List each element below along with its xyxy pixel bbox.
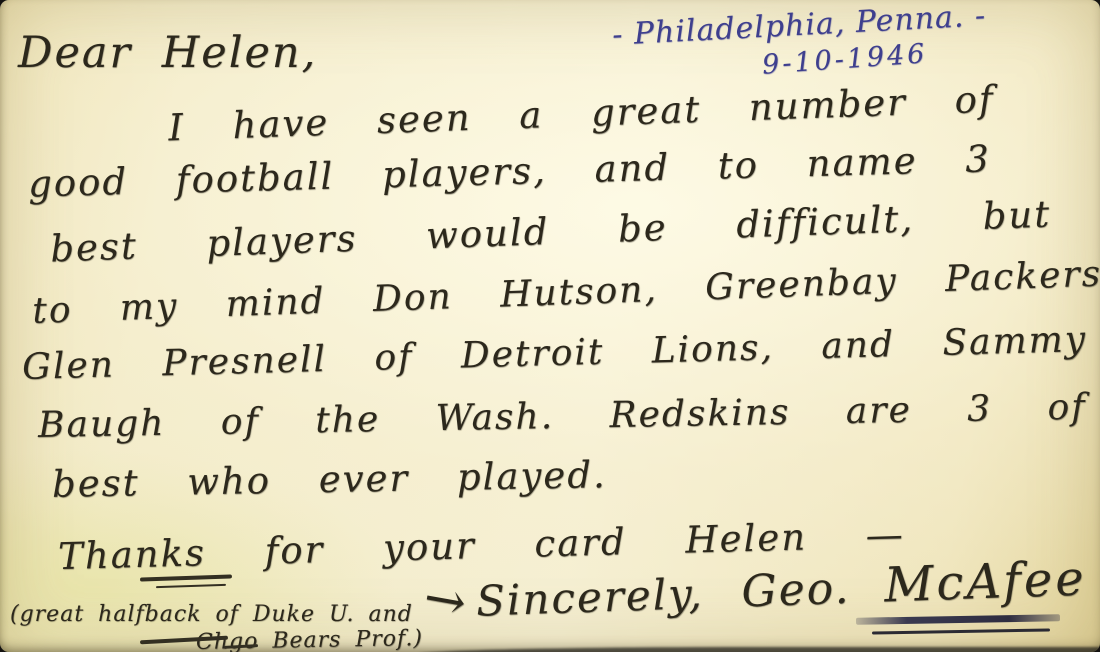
body-line-6-text: Baugh of the Wash. Redskins are 3 of xyxy=(38,387,1087,446)
valediction: Sincerely, xyxy=(475,569,704,626)
thanks-underline-mark-2 xyxy=(156,584,226,588)
body-line-1: I have seen a great number of xyxy=(168,78,996,150)
salutation: Dear Helen, xyxy=(18,28,317,78)
annotation-line-1: (great halfback of Duke U. and xyxy=(10,602,413,627)
body-line-3: best players would be difficult, but xyxy=(50,193,1052,271)
body-line-6: Baugh of the Wash. Redskins are 3 ofthe xyxy=(38,385,1100,446)
signature-first-name: Geo. xyxy=(741,563,852,618)
header-date: 9-10-1946 xyxy=(761,38,928,80)
signature-underline xyxy=(856,614,1060,625)
arrow-icon: → xyxy=(419,568,470,632)
body-line-5: Glen Presnell of Detroit Lions, and Samm… xyxy=(22,319,1088,388)
header-location: - Philadelphia, Penna. - xyxy=(611,0,987,53)
signature-last-name: McAfee xyxy=(883,550,1087,613)
body-line-7: best who ever played. xyxy=(52,453,607,506)
handwritten-postcard: - Philadelphia, Penna. - 9-10-1946 Dear … xyxy=(0,0,1100,652)
signature-underline-2 xyxy=(872,628,1050,634)
